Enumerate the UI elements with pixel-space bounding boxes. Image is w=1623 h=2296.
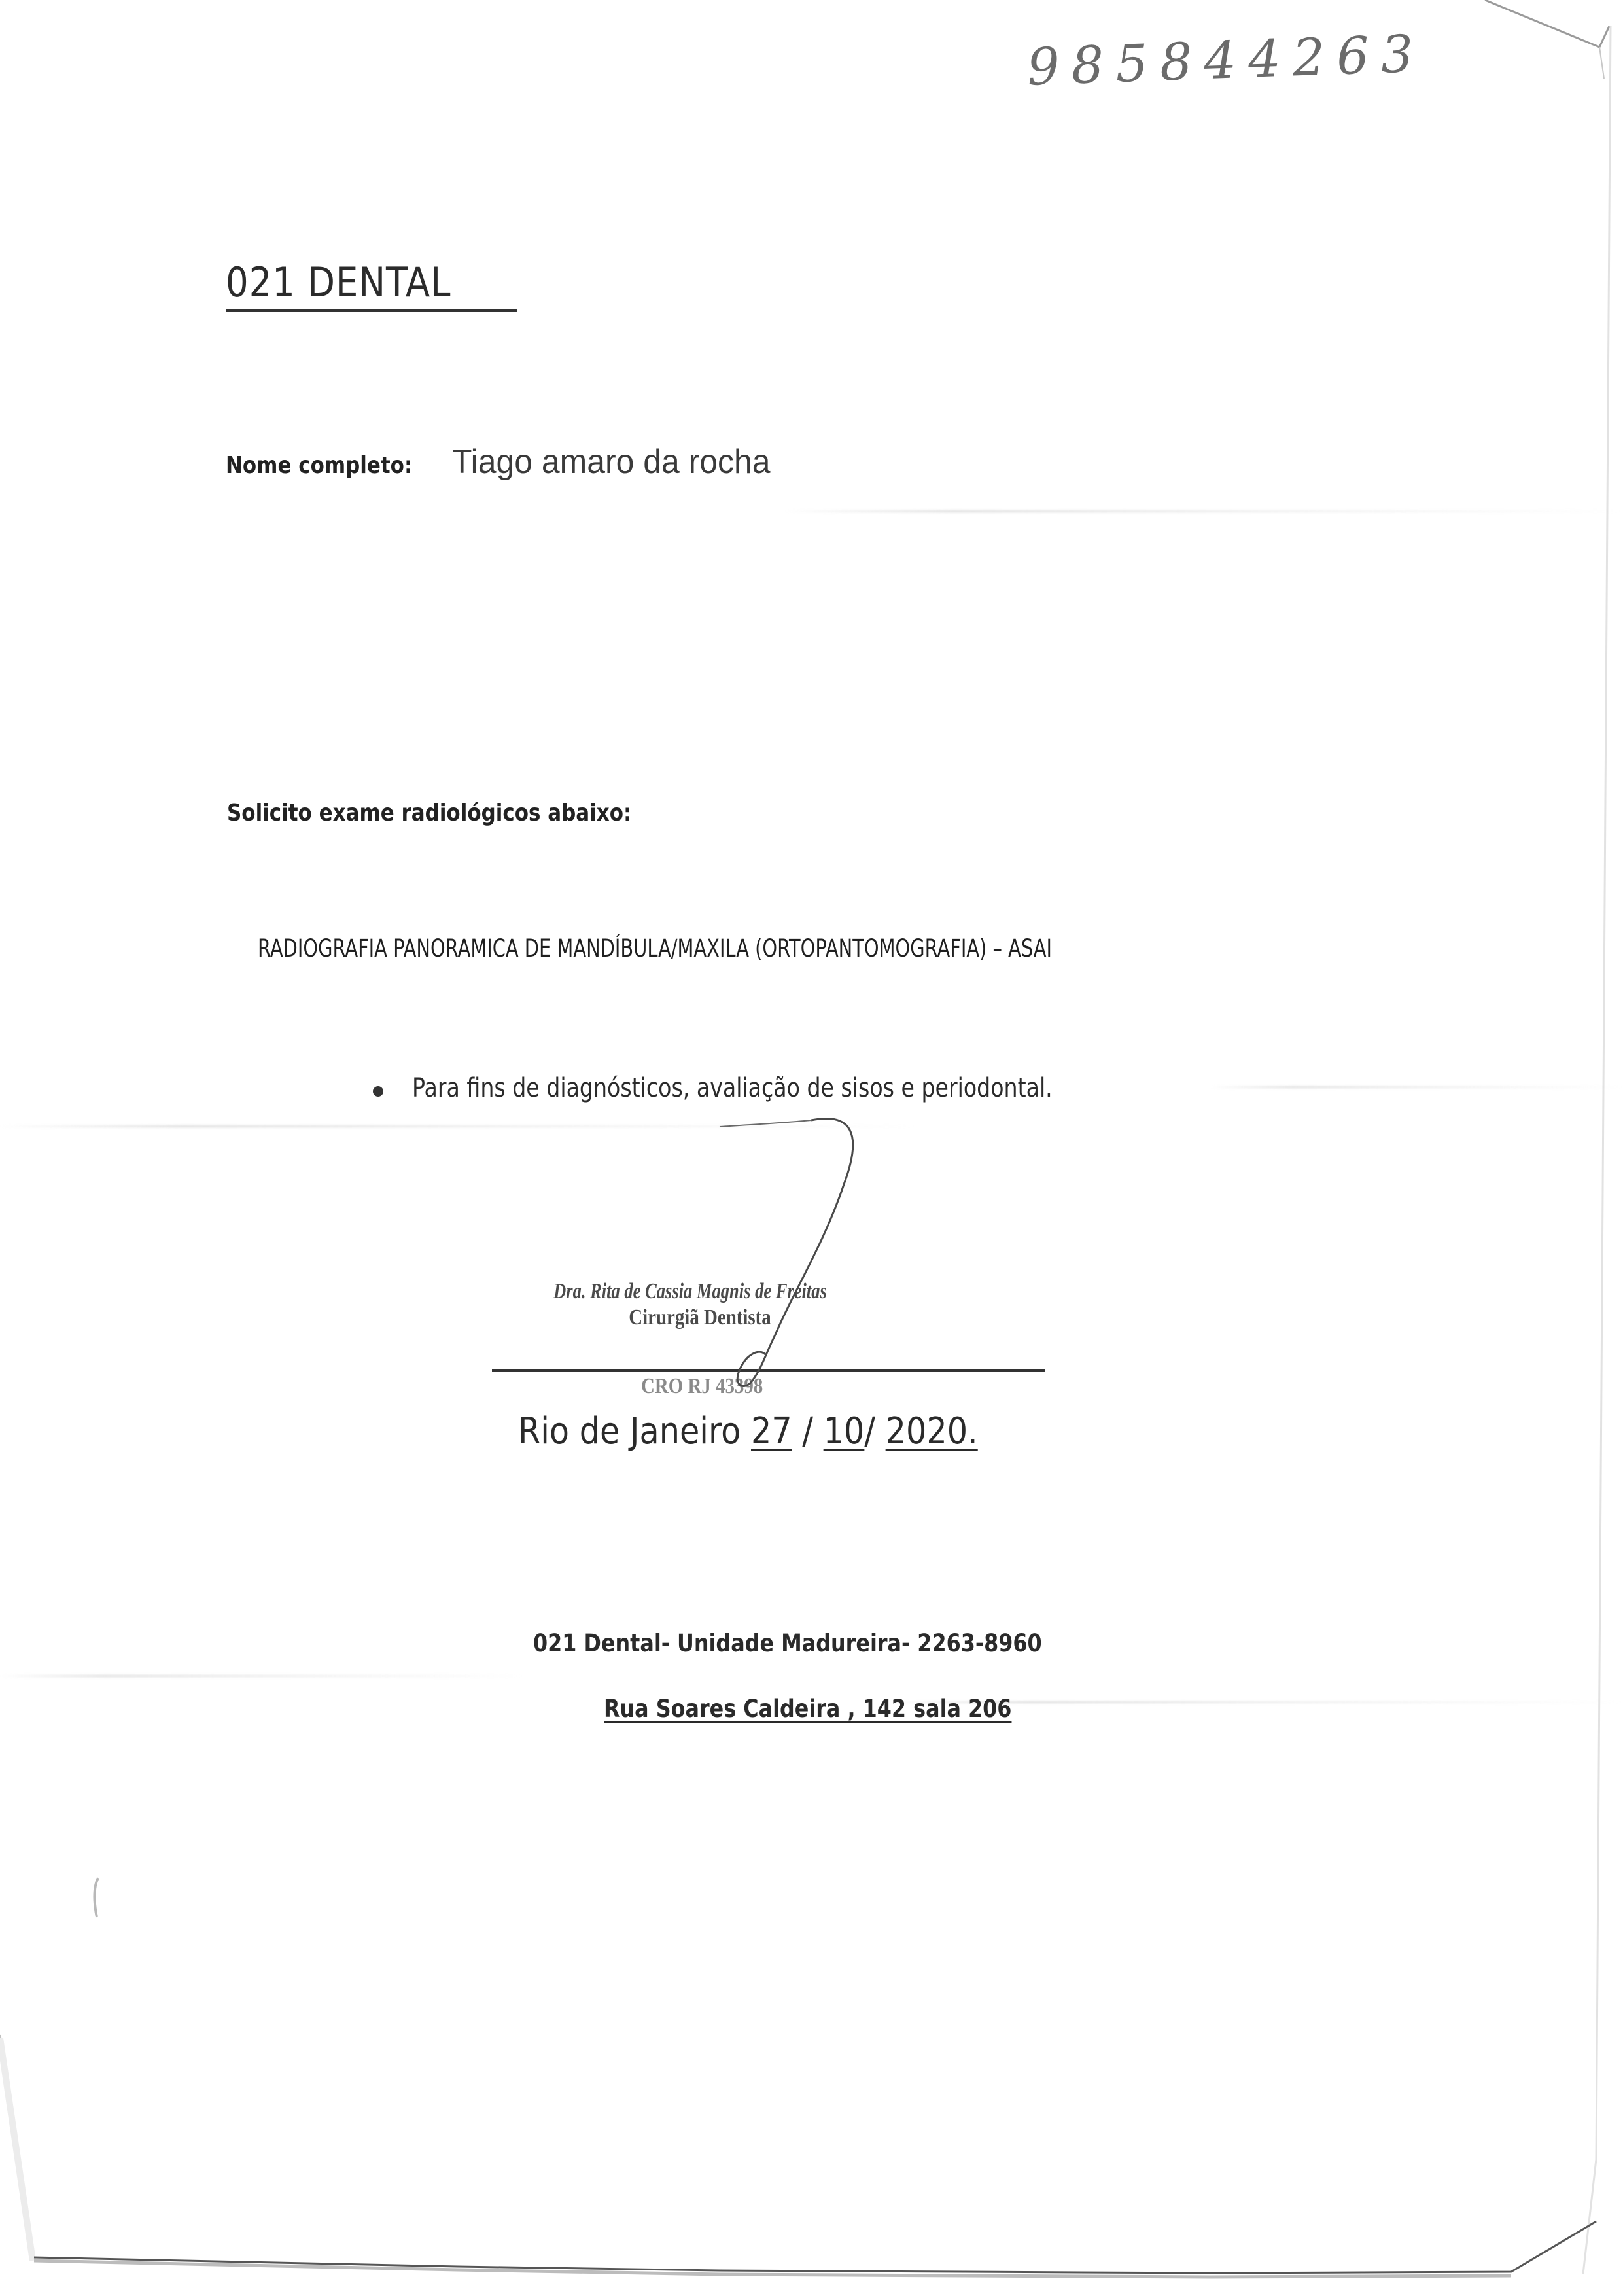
crease [1210,1086,1622,1088]
crease [0,1125,916,1127]
doctor-stamp: Dra. Rita de Cassia Magnis de Freitas Ci… [491,1279,909,1330]
date-month: 10 [824,1410,865,1453]
scanned-document-page: 985844263 021 DENTAL Nome completo: Tiag… [0,0,1623,2296]
signature-line [492,1369,1045,1372]
exam-requested: RADIOGRAFIA PANORAMICA DE MANDÍBULA/MAXI… [258,934,1052,963]
date-line: Rio de Janeiro 27 / 10/ 2020. [518,1410,978,1453]
purpose-text: Para fins de diagnósticos, avaliação de … [412,1073,1053,1103]
bullet-icon [373,1086,383,1097]
page-edge-artifacts [0,0,1623,2296]
crease [785,510,1622,512]
purpose-list-item: Para fins de diagnósticos, avaliação de … [373,1073,1184,1103]
date-day: 27 [751,1410,792,1453]
doctor-name: Dra. Rita de Cassia Magnis de Freitas [519,1279,862,1304]
doctor-registration: CRO RJ 43398 [641,1374,763,1399]
patient-name-field: Nome completo: Tiago amaro da rocha [226,442,784,482]
patient-name-value: Tiago amaro da rocha [452,442,771,482]
clinic-unit-info: 021 Dental- Unidade Madureira- 2263-8960 [533,1629,1042,1657]
doctor-role: Cirurgiã Dentista [522,1305,878,1330]
request-heading: Solicito exame radiológicos abaixo: [227,800,631,826]
date-year: 2020. [886,1410,978,1453]
brand-underline [226,309,517,312]
handwritten-note: 985844263 [1026,24,1426,97]
handwritten-signature [0,0,1623,2296]
clinic-address: Rua Soares Caldeira , 142 sala 206 [604,1695,1011,1723]
date-city: Rio de Janeiro [518,1410,741,1453]
patient-name-label: Nome completo: [226,452,412,479]
brand-title: 021 DENTAL [226,258,451,306]
crease [0,1675,523,1677]
